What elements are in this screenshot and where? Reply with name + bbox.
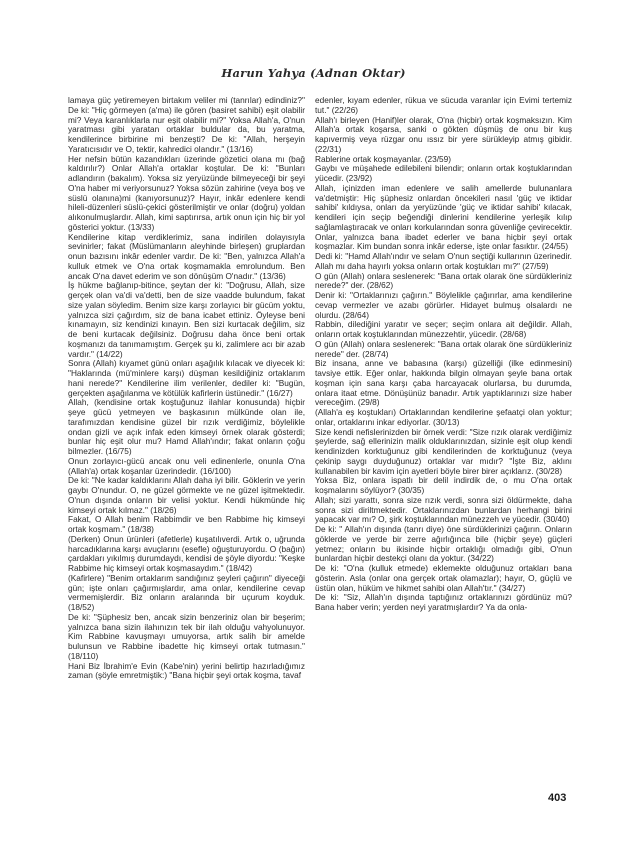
paragraph: De ki: " Allah'ın dışında (tanrı diye) ö… xyxy=(315,525,572,564)
paragraph: Gaybı ve müşahede edilebileni bilendir; … xyxy=(315,164,572,184)
paragraph: O gün (Allah) onlara seslenerek: "Bana o… xyxy=(315,272,572,292)
paragraph: De ki: "Ne kadar kaldıklarını Allah daha… xyxy=(68,476,305,515)
paragraph: Size kendi nefislerinizden bir örnek ver… xyxy=(315,428,572,477)
paragraph: De ki: "Şüphesiz ben, ancak sizin benzer… xyxy=(68,613,305,662)
paragraph: Onun zorlayıcı-gücü ancak onu veli edine… xyxy=(68,457,305,477)
left-text-column: lamaya güç yetiremeyen birtakım veliler … xyxy=(68,96,305,681)
paragraph: Allah'ı birleyen (Hanif)ler olarak, O'na… xyxy=(315,116,572,155)
paragraph: Dedi ki: "Hamd Allah'ındır ve selam O'nu… xyxy=(315,252,572,272)
paragraph: Sonra (Allah) kıyamet günü onları aşağıl… xyxy=(68,359,305,398)
paragraph: Allah, içinizden iman edenlere ve salih … xyxy=(315,184,572,252)
paragraph: Hani Biz İbrahim'e Evin (Kabe'nin) yerin… xyxy=(68,662,305,682)
paragraph: Allah, (kendisine ortak koştuğunuz ilahl… xyxy=(68,398,305,457)
paragraph: Kendilerine kitap verdiklerimiz, sana in… xyxy=(68,233,305,282)
paragraph: De ki: "O'na (kulluk etmede) eklemekte o… xyxy=(315,564,572,593)
paragraph: Rabbin, dilediğini yaratır ve seçer; seç… xyxy=(315,320,572,340)
paragraph: Her nefsin bütün kazandıkları üzerinde g… xyxy=(68,155,305,233)
paragraph: Yoksa Biz, onlara ispatlı bir delil indi… xyxy=(315,476,572,496)
paragraph: (Derken) Onun ürünleri (afetlerle) kuşat… xyxy=(68,535,305,574)
paragraph: Allah; sizi yarattı, sonra size rızık ve… xyxy=(315,496,572,525)
paragraph: İş hükme bağlanıp-bitince, şeytan der ki… xyxy=(68,281,305,359)
paragraph: Biz insana, anne ve babasına (karşı) güz… xyxy=(315,359,572,408)
paragraph: lamaya güç yetiremeyen birtakım veliler … xyxy=(68,96,305,155)
paragraph: De ki: "Siz, Allah'ın dışında taptığınız… xyxy=(315,593,572,613)
paragraph: Denir ki: "Ortaklarınızı çağırın." Böyle… xyxy=(315,291,572,320)
paragraph: Fakat, O Allah benim Rabbimdir ve ben Ra… xyxy=(68,515,305,535)
right-text-column: edenler, kıyam edenler, rükua ve sücuda … xyxy=(315,96,572,613)
running-header: Harun Yahya (Adnan Oktar) xyxy=(0,66,627,80)
paragraph: edenler, kıyam edenler, rükua ve sücuda … xyxy=(315,96,572,116)
page-number: 403 xyxy=(548,792,566,804)
paragraph: (Kafirlere) "Benim ortaklarım sandığınız… xyxy=(68,574,305,613)
paragraph: O gün (Allah) onlara seslenerek: "Bana o… xyxy=(315,340,572,360)
paragraph: (Allah'a eş koştukları) Ortaklarından ke… xyxy=(315,408,572,428)
